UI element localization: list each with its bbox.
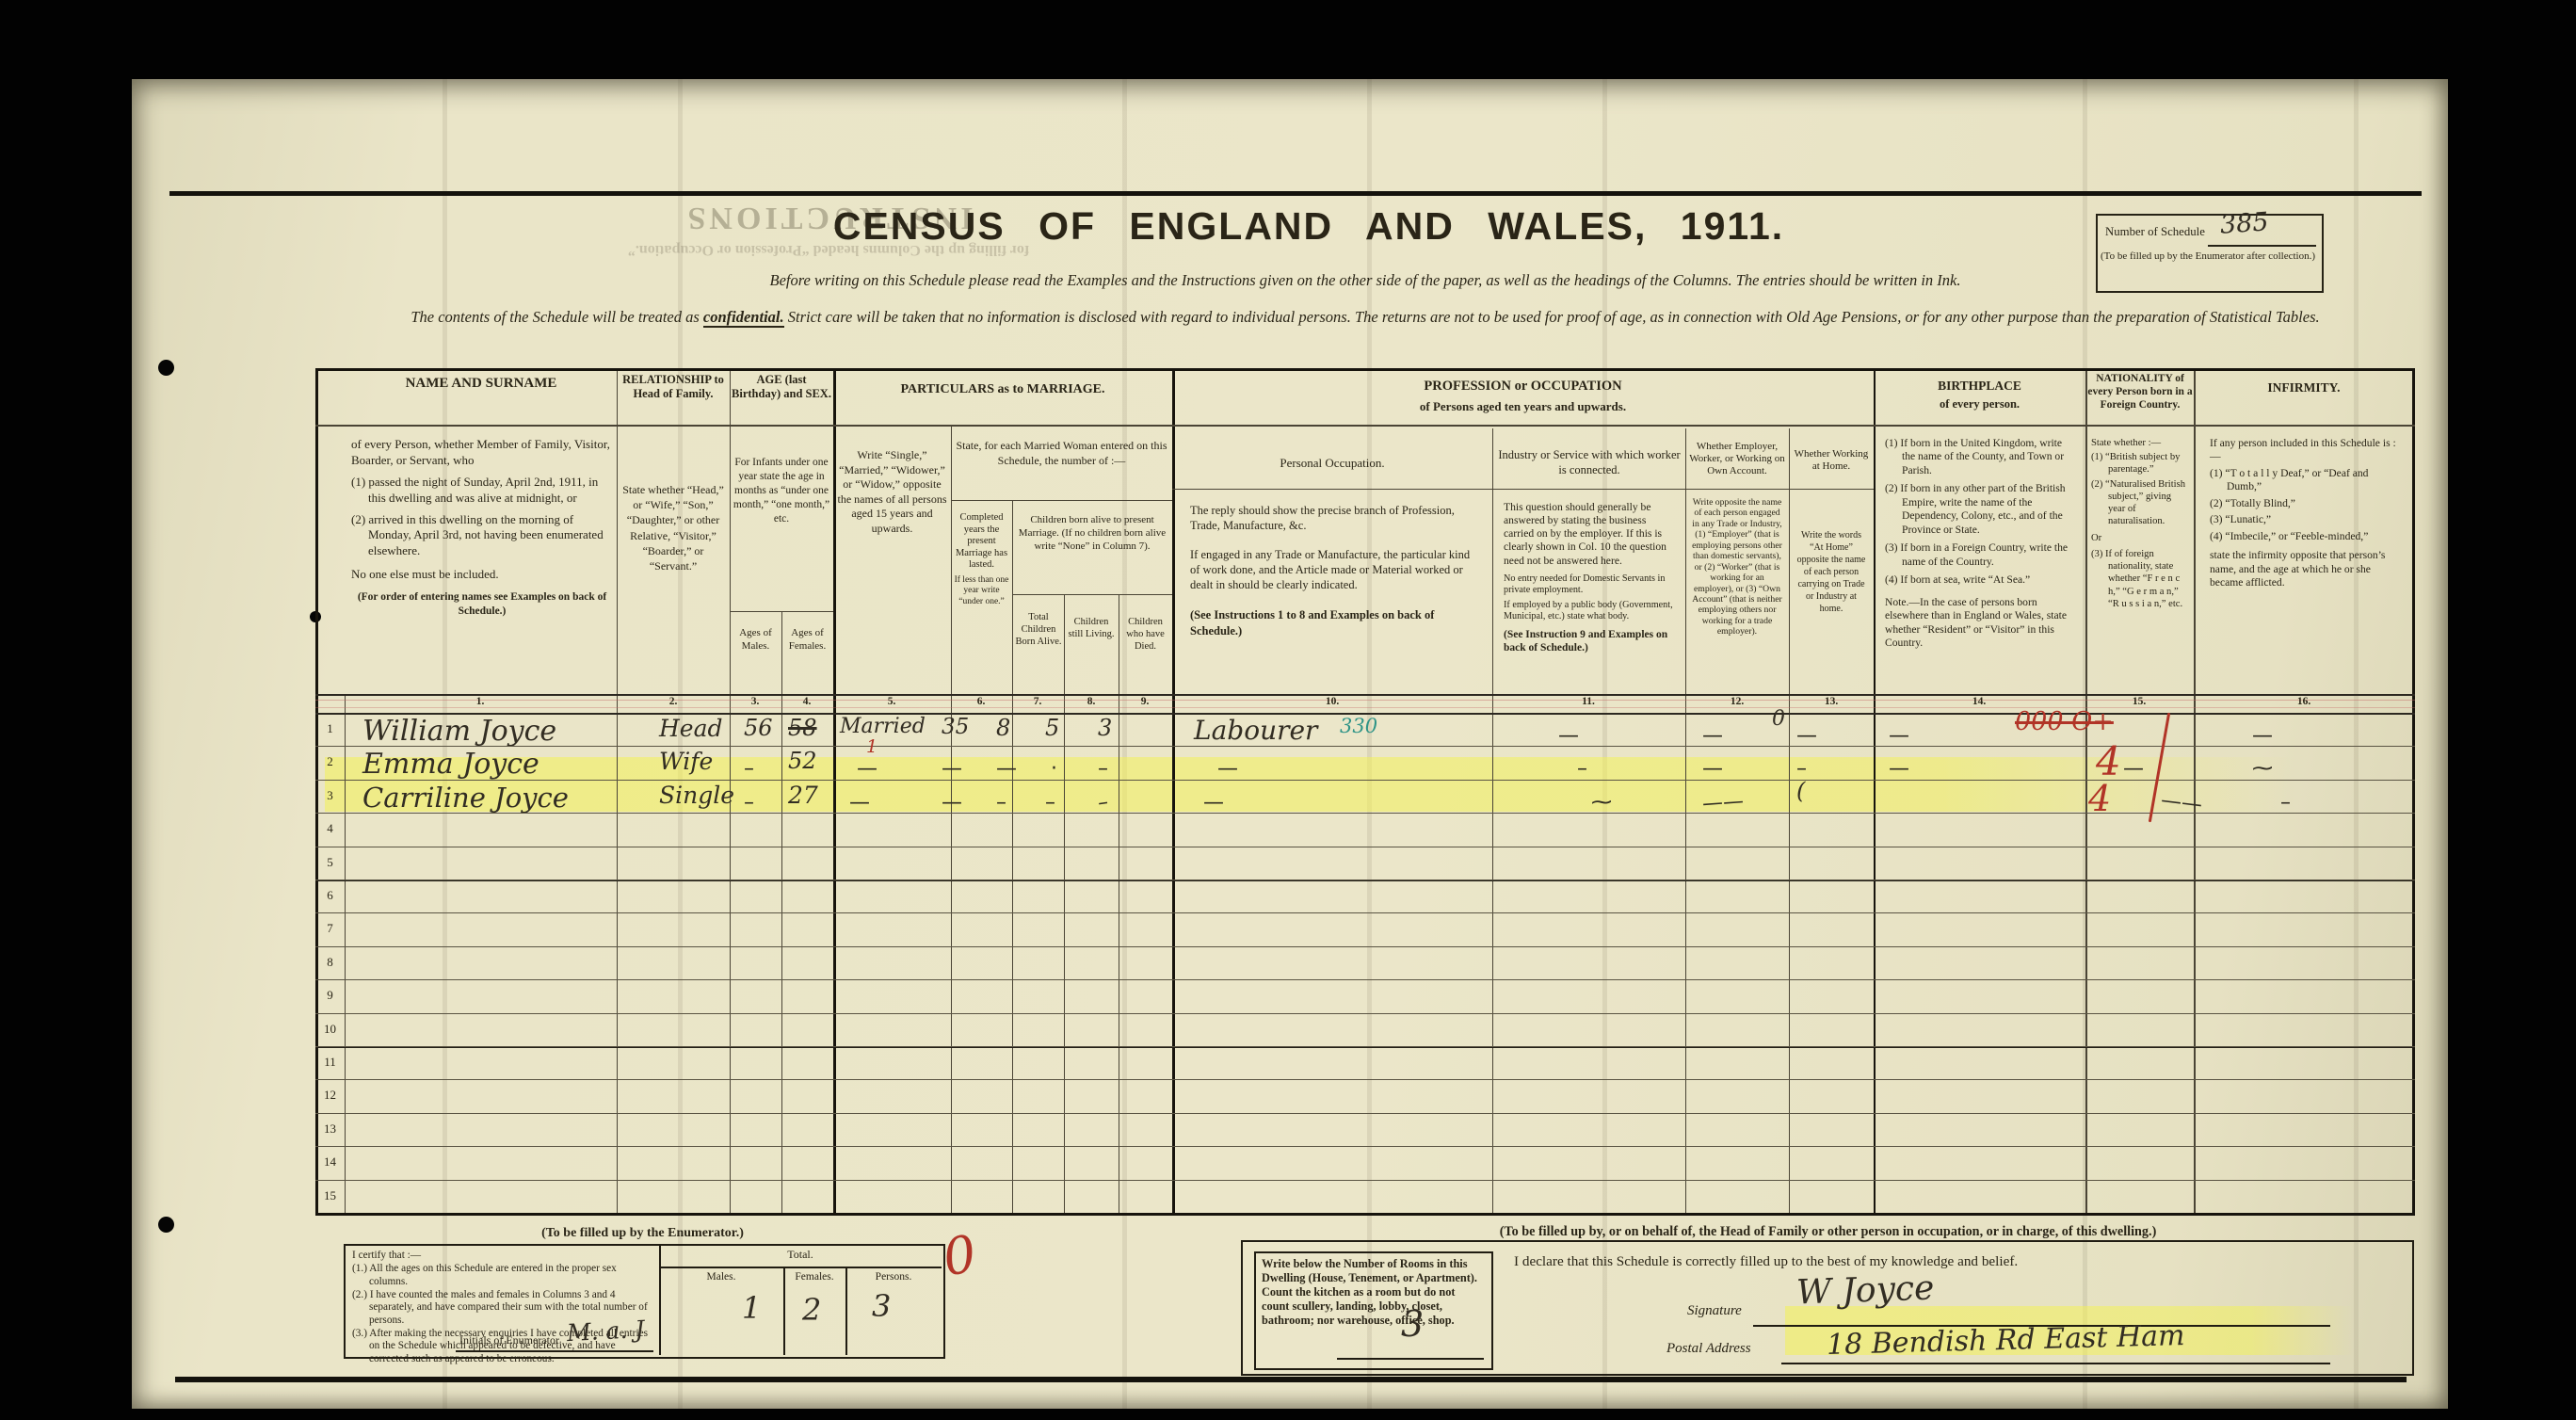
col-header-profession-title: PROFESSION or OCCUPATION	[1172, 379, 1874, 395]
enumerator-certification: I certify that :— (1.) All the ages on t…	[352, 1250, 652, 1365]
row-line	[315, 1046, 2415, 1047]
col6-sub: If less than one year write “under one.”	[953, 575, 1010, 607]
grid-line-v	[833, 368, 836, 1213]
row-line	[315, 879, 2415, 880]
occ-body1: The reply should show the precise branch…	[1190, 503, 1478, 534]
cell-occ: —	[1217, 757, 1238, 781]
col-header-infirmity-title: INFIRMITY.	[2196, 380, 2412, 395]
cell-born: —	[996, 757, 1017, 781]
grid-line-v	[1685, 428, 1686, 1213]
cell-home: —	[1796, 724, 1817, 748]
schedule-number-value: 385	[2219, 207, 2270, 240]
grid-line-v	[1492, 428, 1493, 1213]
col-header-marriage-col7: Total Children Born Alive.	[1014, 611, 1063, 648]
cell-name: Carriline Joyce	[362, 782, 569, 814]
column-number: 5.	[863, 696, 920, 707]
row-number: 14	[315, 1154, 345, 1170]
nat-or: Or	[2091, 532, 2190, 544]
postal-address-line	[1781, 1363, 2330, 1364]
cell-ind: ⁓	[1591, 791, 1612, 815]
persons-label: Persons.	[845, 1271, 942, 1283]
cell-rel: Head	[659, 715, 723, 742]
grid-line-v	[951, 425, 952, 1213]
col-header-age-body: For Infants under one year state the age…	[733, 456, 830, 526]
column-number: 10.	[1304, 696, 1360, 707]
enumerator-section-header: (To be filled up by the Enumerator.)	[344, 1226, 942, 1241]
initials-value: M. a. J	[566, 1315, 645, 1347]
cell-ageF: 27	[788, 782, 818, 809]
rooms-instructions: Write below the Number of Rooms in this …	[1262, 1257, 1484, 1328]
col-header-marriage-col5: Write “Single,” “Married,” “Widower,” or…	[837, 448, 947, 537]
cell-years: 35	[942, 715, 969, 739]
row-number: 15	[315, 1188, 345, 1203]
grid-line-v	[2194, 368, 2196, 1213]
grid-line-h	[315, 368, 2415, 371]
ind-body3: If employed by a public body (Government…	[1504, 600, 1677, 623]
males-label: Males.	[661, 1271, 781, 1283]
cell-living: ·	[1051, 757, 1057, 781]
initials-label: Initials of Enumerator	[459, 1333, 559, 1347]
column-number: 11.	[1560, 696, 1617, 707]
col-header-employer-title: Whether Employer, Worker, or Working on …	[1688, 441, 1786, 478]
row-line	[315, 1079, 2415, 1080]
col-header-marriage-col9: Children who have Died.	[1120, 616, 1170, 653]
grid-line-v	[617, 368, 618, 1213]
row-number: 10	[315, 1022, 345, 1037]
certify-intro: I certify that :—	[352, 1250, 652, 1262]
signature-label: Signature	[1687, 1303, 1742, 1319]
col-header-ages-males: Ages of Males.	[731, 627, 781, 654]
grid-line-v	[1874, 368, 1876, 1213]
grid-line-h	[951, 500, 1172, 501]
ind-body1: This question should generally be answer…	[1504, 501, 1677, 568]
postal-address-label: Postal Address	[1666, 1341, 1751, 1357]
row-number: 13	[315, 1121, 345, 1137]
cell-died: –	[1098, 757, 1108, 781]
col-header-children: Children born alive to present Marriage.…	[1015, 514, 1169, 553]
col-header-marriage-col8: Children still Living.	[1066, 616, 1117, 640]
inf-item1: (1) “T o t a l l y Deaf,” or “Deaf and D…	[2210, 467, 2400, 494]
col-header-infirmity-body: If any person included in this Schedule …	[2210, 437, 2400, 590]
col-header-relationship-title: RELATIONSHIP to Head of Family.	[619, 373, 728, 401]
cell-ageM: –	[744, 757, 754, 781]
declaration-text: I declare that this Schedule is correctl…	[1514, 1253, 2390, 1270]
inf-item2: (2) “Totally Blind,”	[2210, 497, 2400, 510]
cell-birth_red: 000 O+	[2015, 707, 2114, 736]
cell-years: —	[942, 791, 962, 815]
cell-marr: —	[849, 791, 870, 815]
females-label: Females.	[783, 1271, 845, 1283]
inf-item3: (3) “Lunatic,”	[2210, 513, 2400, 526]
grid-line-v	[2412, 368, 2415, 1213]
cell-born: 8	[996, 715, 1010, 741]
col-header-nationality-body: State whether :— (1) “British subject by…	[2091, 437, 2190, 610]
grid-line-v	[1172, 368, 1175, 1213]
row-line	[315, 847, 2415, 847]
column-number: 15.	[2111, 696, 2167, 707]
row-line	[315, 813, 2415, 814]
bp-note: Note.—In the case of persons born elsewh…	[1885, 596, 2075, 651]
row-number: 11	[315, 1055, 345, 1070]
row-line	[315, 1180, 2415, 1181]
name-noone: No one else must be included.	[351, 567, 613, 583]
row-number: 6	[315, 888, 345, 903]
column-number: 7.	[1009, 696, 1066, 707]
bp-item4: (4) If born at sea, write “At Sea.”	[1885, 573, 2075, 587]
col-header-married-woman: State, for each Married Woman entered on…	[954, 439, 1169, 468]
col-header-profession-subtitle: of Persons aged ten years and upwards.	[1172, 399, 1874, 414]
bottom-rule	[175, 1377, 2407, 1382]
col-header-name-body: of every Person, whether Member of Famil…	[351, 437, 613, 619]
nat-body1: State whether :—	[2091, 437, 2190, 449]
nat-item1: (1) “British subject by parentage.”	[2091, 451, 2190, 476]
cell-living: 5	[1045, 715, 1059, 741]
cell-name: William Joyce	[362, 715, 556, 748]
cell-born: –	[996, 791, 1006, 815]
cell-occ_code: 330	[1340, 715, 1377, 737]
row-number: 8	[315, 955, 345, 970]
column-number: 4.	[779, 696, 835, 707]
row-line	[315, 1013, 2415, 1014]
name-intro: of every Person, whether Member of Famil…	[351, 437, 613, 469]
top-rule	[169, 191, 2422, 196]
totals-divider-2	[845, 1267, 847, 1355]
grid-line-v	[345, 694, 346, 1213]
row-line	[315, 1146, 2415, 1147]
column-number: 2.	[645, 696, 701, 707]
nat-item2: (2) “Naturalised British subject,” givin…	[2091, 478, 2190, 528]
cell-ageM: 56	[744, 715, 773, 741]
grid-line-h	[1012, 594, 1172, 595]
name-note: (For order of entering names see Example…	[351, 590, 613, 619]
row-number: 9	[315, 988, 345, 1003]
cell-died: 3	[1098, 715, 1112, 741]
cell-home: (	[1796, 778, 1805, 804]
cell-ageF: 52	[788, 748, 817, 774]
col-header-birthplace-body: (1) If born in the United Kingdom, write…	[1885, 437, 2075, 651]
grid-line-v	[1119, 594, 1119, 1213]
census-form-paper: INSTRUCTIONS for filling up the Columns …	[132, 79, 2448, 1409]
cell-marr: Married	[840, 715, 926, 738]
col-header-birthplace-subtitle: of every person.	[1876, 397, 2084, 411]
grid-line-v	[1012, 500, 1013, 1213]
column-number: 12.	[1709, 696, 1765, 707]
col-header-occupation-title: Personal Occupation.	[1177, 456, 1488, 471]
initials-line	[456, 1350, 653, 1352]
column-number: 8.	[1063, 696, 1119, 707]
confidential-post: Strict care will be taken that no inform…	[784, 308, 2320, 326]
cell-rel: Single	[659, 782, 734, 809]
col6-body: Completed years the present Marriage has…	[956, 512, 1007, 570]
household-section-header: (To be filled up by, or on behalf of, th…	[1241, 1224, 2415, 1240]
males-value: 1	[742, 1290, 761, 1326]
cell-occ: —	[1203, 791, 1224, 815]
ind-note: (See Instruction 9 and Examples on back …	[1504, 628, 1677, 654]
col-header-name-title: NAME AND SURNAME	[348, 376, 614, 392]
column-number: 16.	[2276, 696, 2332, 707]
col-header-birthplace-title: BIRTHPLACE	[1876, 379, 2084, 394]
grid-line-h	[315, 425, 2415, 427]
persons-value: 3	[872, 1288, 891, 1324]
schedule-number-line	[2208, 245, 2316, 247]
census-screenshot: INSTRUCTIONS for filling up the Columns …	[0, 0, 2576, 1420]
highlight-rows-2-3	[325, 757, 2296, 812]
col-header-employer-body: Write opposite the name of each person e…	[1690, 497, 1784, 637]
column-number: 9.	[1117, 696, 1173, 707]
name-item1: (1) passed the night of Sunday, April 2n…	[351, 475, 613, 507]
row-number: 7	[315, 921, 345, 936]
cell-emp: ——	[1701, 789, 1745, 815]
confidential-line: The contents of the Schedule will be tre…	[315, 303, 2415, 331]
grid-line-h	[730, 611, 833, 612]
row-number: 1	[315, 721, 345, 736]
intro-line: Before writing on this Schedule please r…	[315, 271, 2415, 290]
bp-item3: (3) If born in a Foreign Country, write …	[1885, 541, 2075, 569]
rooms-value: 3	[1401, 1303, 1424, 1345]
row-line	[315, 946, 2415, 947]
cell-ageM: –	[744, 791, 754, 815]
col-header-relationship-body: State whether “Head,” or “Wife,” “Son,” …	[621, 482, 725, 573]
cell-inf: —	[2252, 724, 2273, 748]
signature-value: W Joyce	[1795, 1268, 1935, 1312]
bp-item1: (1) If born in the United Kingdom, write…	[1885, 437, 2075, 477]
confidential-pre: The contents of the Schedule will be tre…	[411, 308, 703, 326]
col-header-athome-body: Write the words “At Home” opposite the n…	[1795, 529, 1868, 615]
cell-marr: 1	[866, 736, 877, 757]
cell-emp: —	[1702, 757, 1723, 781]
column-number: 6.	[953, 696, 1009, 707]
schedule-number-note: (To be filled up by the Enumerator after…	[2100, 250, 2316, 264]
column-number: 1.	[452, 696, 508, 707]
total-label: Total.	[659, 1248, 942, 1262]
grid-line-v	[1789, 428, 1790, 1213]
col-header-marriage-col6: Completed years the present Marriage has…	[953, 512, 1010, 607]
cell-marr: —	[857, 757, 877, 781]
row-number: 4	[315, 821, 345, 836]
inf-item4: (4) “Imbecile,” or “Feeble-minded,”	[2210, 530, 2400, 543]
total-underline	[659, 1267, 942, 1268]
grid-line-v	[1064, 594, 1065, 1213]
cell-ageF: 58	[788, 715, 817, 741]
row-number: 5	[315, 855, 345, 870]
cell-birth: —	[1889, 757, 1909, 781]
cell-emp2: 0	[1772, 707, 1785, 731]
ind-body2: No entry needed for Domestic Servants in…	[1504, 573, 1677, 597]
row-number: 2	[315, 754, 345, 769]
occ-body2: If engaged in any Trade or Manufacture, …	[1190, 547, 1478, 593]
grid-line-h	[315, 694, 2415, 696]
cell-nat: —	[2123, 757, 2144, 781]
schedule-number-label: Number of Schedule	[2105, 225, 2205, 239]
cell-years: —	[942, 757, 962, 781]
col-header-industry-body: This question should generally be answer…	[1504, 501, 1677, 654]
col-header-industry-title: Industry or Service with which worker is…	[1497, 448, 1682, 477]
confidential-word: confidential.	[703, 308, 784, 328]
pink-rule	[315, 700, 2415, 701]
cell-ind: —	[1558, 724, 1579, 748]
grid-line-h	[1172, 489, 1874, 490]
cell-inf: ⁓	[2252, 757, 2273, 781]
inf-body1: If any person included in this Schedule …	[2210, 437, 2400, 464]
col-header-athome-title: Whether Working at Home.	[1792, 448, 1871, 473]
punch-hole	[158, 1217, 174, 1233]
row-line	[315, 912, 2415, 913]
column-number: 14.	[1951, 696, 2007, 707]
column-number: 13.	[1803, 696, 1860, 707]
cell-ind: –	[1577, 757, 1587, 781]
cell-occ: Labourer	[1194, 715, 1317, 746]
cell-birth: —	[1889, 724, 1909, 748]
grid-line-v	[2085, 368, 2087, 1213]
column-number: 3.	[727, 696, 783, 707]
occ-note: (See Instructions 1 to 8 and Examples on…	[1190, 607, 1478, 638]
bp-item2: (2) If born in any other part of the Bri…	[1885, 482, 2075, 537]
grid-line-h	[315, 1213, 2415, 1216]
cell-name: Emma Joyce	[362, 748, 539, 781]
punch-hole	[158, 360, 174, 376]
cell-rel: Wife	[659, 748, 713, 775]
cell-emp: —	[1702, 724, 1723, 748]
row-line	[315, 1113, 2415, 1114]
totals-divider-1	[783, 1267, 785, 1355]
cell-living: –	[1045, 791, 1055, 815]
row-line	[315, 979, 2415, 980]
nat-item3: (3) If of foreign nationality, state whe…	[2091, 548, 2190, 610]
females-value: 2	[802, 1292, 821, 1328]
row-number: 12	[315, 1088, 345, 1103]
page-title: CENSUS OF ENGLAND AND WALES, 1911.	[527, 204, 2090, 249]
col-header-ages-females: Ages of Females.	[782, 627, 832, 654]
certify-1: (1.) All the ages on this Schedule are e…	[352, 1263, 652, 1288]
cell-inf: –	[2280, 791, 2291, 815]
col-header-nationality-title: NATIONALITY of every Person born in a Fo…	[2087, 373, 2193, 411]
col-header-occupation-body: The reply should show the precise branch…	[1190, 503, 1478, 638]
name-item2: (2) arrived in this dwelling on the morn…	[351, 512, 613, 560]
col-header-marriage-title: PARTICULARS as to MARRIAGE.	[833, 382, 1172, 397]
inf-body2: state the infirmity opposite that person…	[2210, 549, 2400, 589]
row-number: 3	[315, 788, 345, 803]
col-header-age-title: AGE (last Birthday) and SEX.	[732, 373, 831, 401]
rooms-line	[1337, 1358, 1484, 1360]
